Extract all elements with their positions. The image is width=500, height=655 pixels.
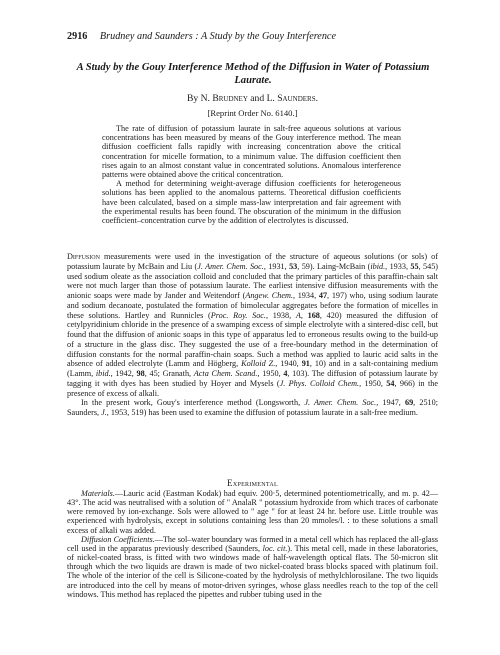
abstract: The rate of diffusion of potassium laura…	[102, 124, 401, 225]
citation-journal: ibid.	[370, 262, 385, 271]
reprint-order: [Reprint Order No. 6140.]	[67, 108, 438, 118]
citation-volume: 47	[319, 291, 327, 300]
byline-prefix: By	[187, 93, 198, 104]
text: —Lauric acid (Eastman Kodak) had equiv. …	[67, 489, 438, 535]
author-saunders: L. Saunders.	[267, 93, 318, 104]
text: , 1950,	[257, 369, 283, 378]
citation-journal: Proc. Roy. Soc.	[211, 311, 266, 320]
text: , 1938,	[266, 311, 296, 320]
author-brudney: N. Brudney	[201, 93, 248, 104]
abstract-paragraph: A method for determining weight-average …	[102, 179, 401, 225]
text: ,	[301, 311, 308, 320]
article-title: A Study by the Gouy Interference Method …	[73, 62, 433, 87]
text: , 1950,	[359, 379, 386, 388]
citation-journal: J. Phys. Colloid Chem.	[280, 379, 359, 388]
text: , 1942,	[111, 369, 137, 378]
text: In the present work, Gouy's interference…	[81, 398, 304, 407]
lead-word: Diffusion	[67, 252, 100, 261]
subsection-label: Diffusion Coefficients.	[81, 535, 155, 544]
text: , 1933,	[385, 262, 410, 271]
text: , 59). Laing-McBain (	[297, 262, 370, 271]
text: , 1947,	[376, 398, 405, 407]
author-conjunction: and	[250, 93, 264, 104]
citation-journal: J. Amer. Chem. Soc.	[197, 262, 264, 271]
experimental-section: Materials.—Lauric acid (Eastman Kodak) h…	[67, 489, 438, 599]
intro-paragraph: In the present work, Gouy's interference…	[67, 398, 438, 418]
text: , 1940,	[275, 359, 301, 368]
section-heading-experimental: Experimental	[67, 478, 438, 488]
citation-journal: Angew. Chem.	[245, 291, 293, 300]
abstract-paragraph: The rate of diffusion of potassium laura…	[102, 124, 401, 179]
materials-paragraph: Materials.—Lauric acid (Eastman Kodak) h…	[67, 489, 438, 535]
citation-volume: 98	[137, 369, 145, 378]
page-number: 2916	[67, 31, 87, 42]
citation-journal: Acta Chem. Scand.	[194, 369, 258, 378]
running-title: Brudney and Saunders : A Study by the Go…	[100, 31, 336, 42]
author-line: By N. Brudney and L. Saunders.	[67, 93, 438, 104]
text: ). This metal cell, made in these labora…	[67, 544, 438, 599]
introduction: Diffusion measurements were used in the …	[67, 252, 438, 418]
text: , 1934,	[293, 291, 319, 300]
citation-volume: 69	[405, 398, 413, 407]
citation-journal: ibid.	[96, 369, 111, 378]
text: , 45; Granath,	[145, 369, 194, 378]
text: , 1931,	[264, 262, 289, 271]
running-head: 2916 Brudney and Saunders : A Study by t…	[67, 31, 336, 42]
intro-paragraph: Diffusion measurements were used in the …	[67, 252, 438, 398]
citation-volume: 55	[410, 262, 418, 271]
citation-journal: J. Amer. Chem. Soc.	[304, 398, 376, 407]
text: , 1953, 519) has been used to examine th…	[107, 408, 418, 417]
citation-ref: loc. cit.	[263, 544, 288, 553]
diffusion-paragraph: Diffusion Coefficients.—The sol–water bo…	[67, 535, 438, 599]
subsection-label: Materials.	[81, 489, 115, 498]
citation-volume: 91	[302, 359, 310, 368]
citation-volume: 168	[308, 311, 320, 320]
citation-journal: Kolloid Z.	[241, 359, 275, 368]
